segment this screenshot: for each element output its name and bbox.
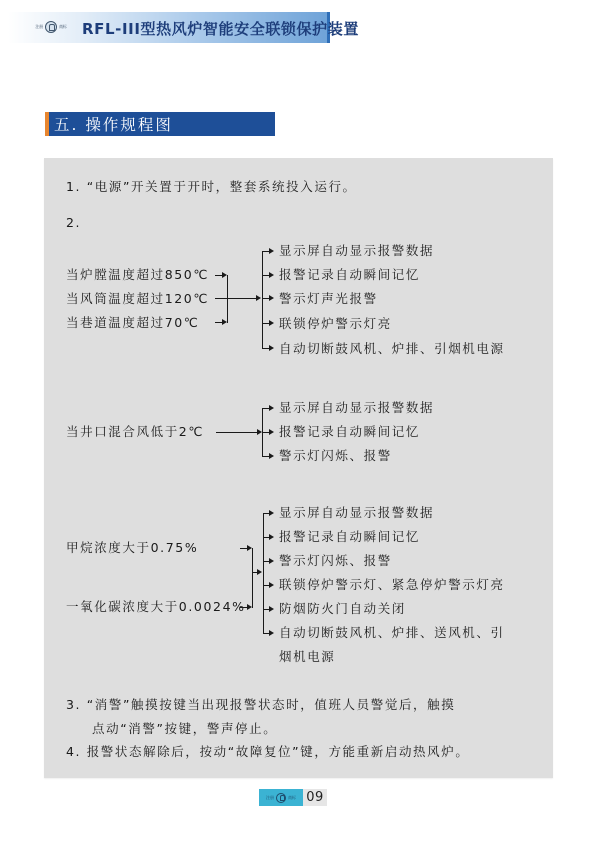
action-record-memory: 报警记录自动瞬间记忆 (279, 529, 420, 545)
condition-tunnel-temp: 当巷道温度超过70℃ (66, 315, 199, 331)
step-3-line-1: 3. “消警”触摸按键当出现报警状态时，值班人员警觉后，触摸 (66, 697, 455, 713)
arrow-icon (257, 569, 262, 575)
action-record-memory: 报警记录自动瞬间记忆 (279, 267, 420, 283)
arrow-icon (269, 429, 274, 435)
action-cut-power: 自动切断鼓风机、炉排、引烟机电源 (279, 341, 505, 357)
arrow-icon (256, 295, 261, 301)
arrow-icon (269, 248, 274, 254)
step-3-line-2: 点动“消警”按键，警声停止。 (92, 721, 277, 737)
arrow-icon (269, 630, 274, 636)
condition-methane: 甲烷浓度大于0.75% (66, 540, 198, 556)
condition-duct-temp: 当风筒温度超过120℃ (66, 291, 209, 307)
arrow-icon (269, 320, 274, 326)
action-sound-light-alarm: 警示灯声光报警 (279, 291, 378, 307)
action-cut-power: 自动切断鼓风机、炉排、送风机、引 (279, 625, 505, 641)
arrow-icon (269, 295, 274, 301)
footer-logo-right-text: 商标 (288, 795, 296, 801)
condition-shaft-air-temp: 当井口混合风低于2℃ (66, 424, 204, 440)
header-band: 注册 商标 RFL-III型热风炉智能安全联锁保护装置 (8, 12, 330, 43)
action-display-alarm-data: 显示屏自动显示报警数据 (279, 505, 434, 521)
condition-furnace-temp: 当炉膛温度超过850℃ (66, 267, 209, 283)
action-close-fire-door: 防烟防火门自动关闭 (279, 601, 406, 617)
arrow-icon (269, 345, 274, 351)
arrow-icon (269, 453, 274, 459)
arrow-icon (269, 405, 274, 411)
action-display-alarm-data: 显示屏自动显示报警数据 (279, 400, 434, 416)
arrow-icon (269, 558, 274, 564)
step-1: 1. “电源”开关置于开时，整套系统投入运行。 (66, 179, 357, 195)
arrow-icon (269, 582, 274, 588)
section-heading: 五. 操作规程图 (45, 112, 275, 136)
action-interlock-emergency-light: 联锁停炉警示灯、紧急停炉警示灯亮 (279, 577, 505, 593)
step-2-label: 2. (66, 215, 81, 231)
step-4: 4. 报警状态解除后，按动“故障复位”键，方能重新启动热风炉。 (66, 744, 469, 760)
logo-left-text: 注册 (35, 24, 43, 30)
condition-carbon-monoxide: 一氧化碳浓度大于0.0024% (66, 599, 246, 615)
section-title: 五. 操作规程图 (54, 113, 173, 135)
arrow-icon (269, 272, 274, 278)
emblem-icon (276, 793, 286, 803)
page-number-badge: 注册 商标 09 (259, 789, 327, 806)
arrow-icon (269, 534, 274, 540)
document-title: RFL-III型热风炉智能安全联锁保护装置 (82, 18, 359, 39)
arrow-icon (269, 510, 274, 516)
action-display-alarm-data: 显示屏自动显示报警数据 (279, 243, 434, 259)
footer-logo-left-text: 注册 (266, 795, 274, 801)
action-interlock-light: 联锁停炉警示灯亮 (279, 316, 392, 332)
page-number: 09 (303, 789, 327, 806)
trademark-logo: 注册 商标 (28, 18, 74, 36)
action-flash-alarm: 警示灯闪烁、报警 (279, 448, 392, 464)
action-flash-alarm: 警示灯闪烁、报警 (279, 553, 392, 569)
emblem-icon (45, 21, 57, 33)
action-record-memory: 报警记录自动瞬间记忆 (279, 424, 420, 440)
action-cut-power-cont: 烟机电源 (279, 649, 335, 665)
arrow-icon (269, 606, 274, 612)
logo-right-text: 商标 (59, 24, 67, 30)
footer-logo: 注册 商标 (259, 789, 303, 806)
